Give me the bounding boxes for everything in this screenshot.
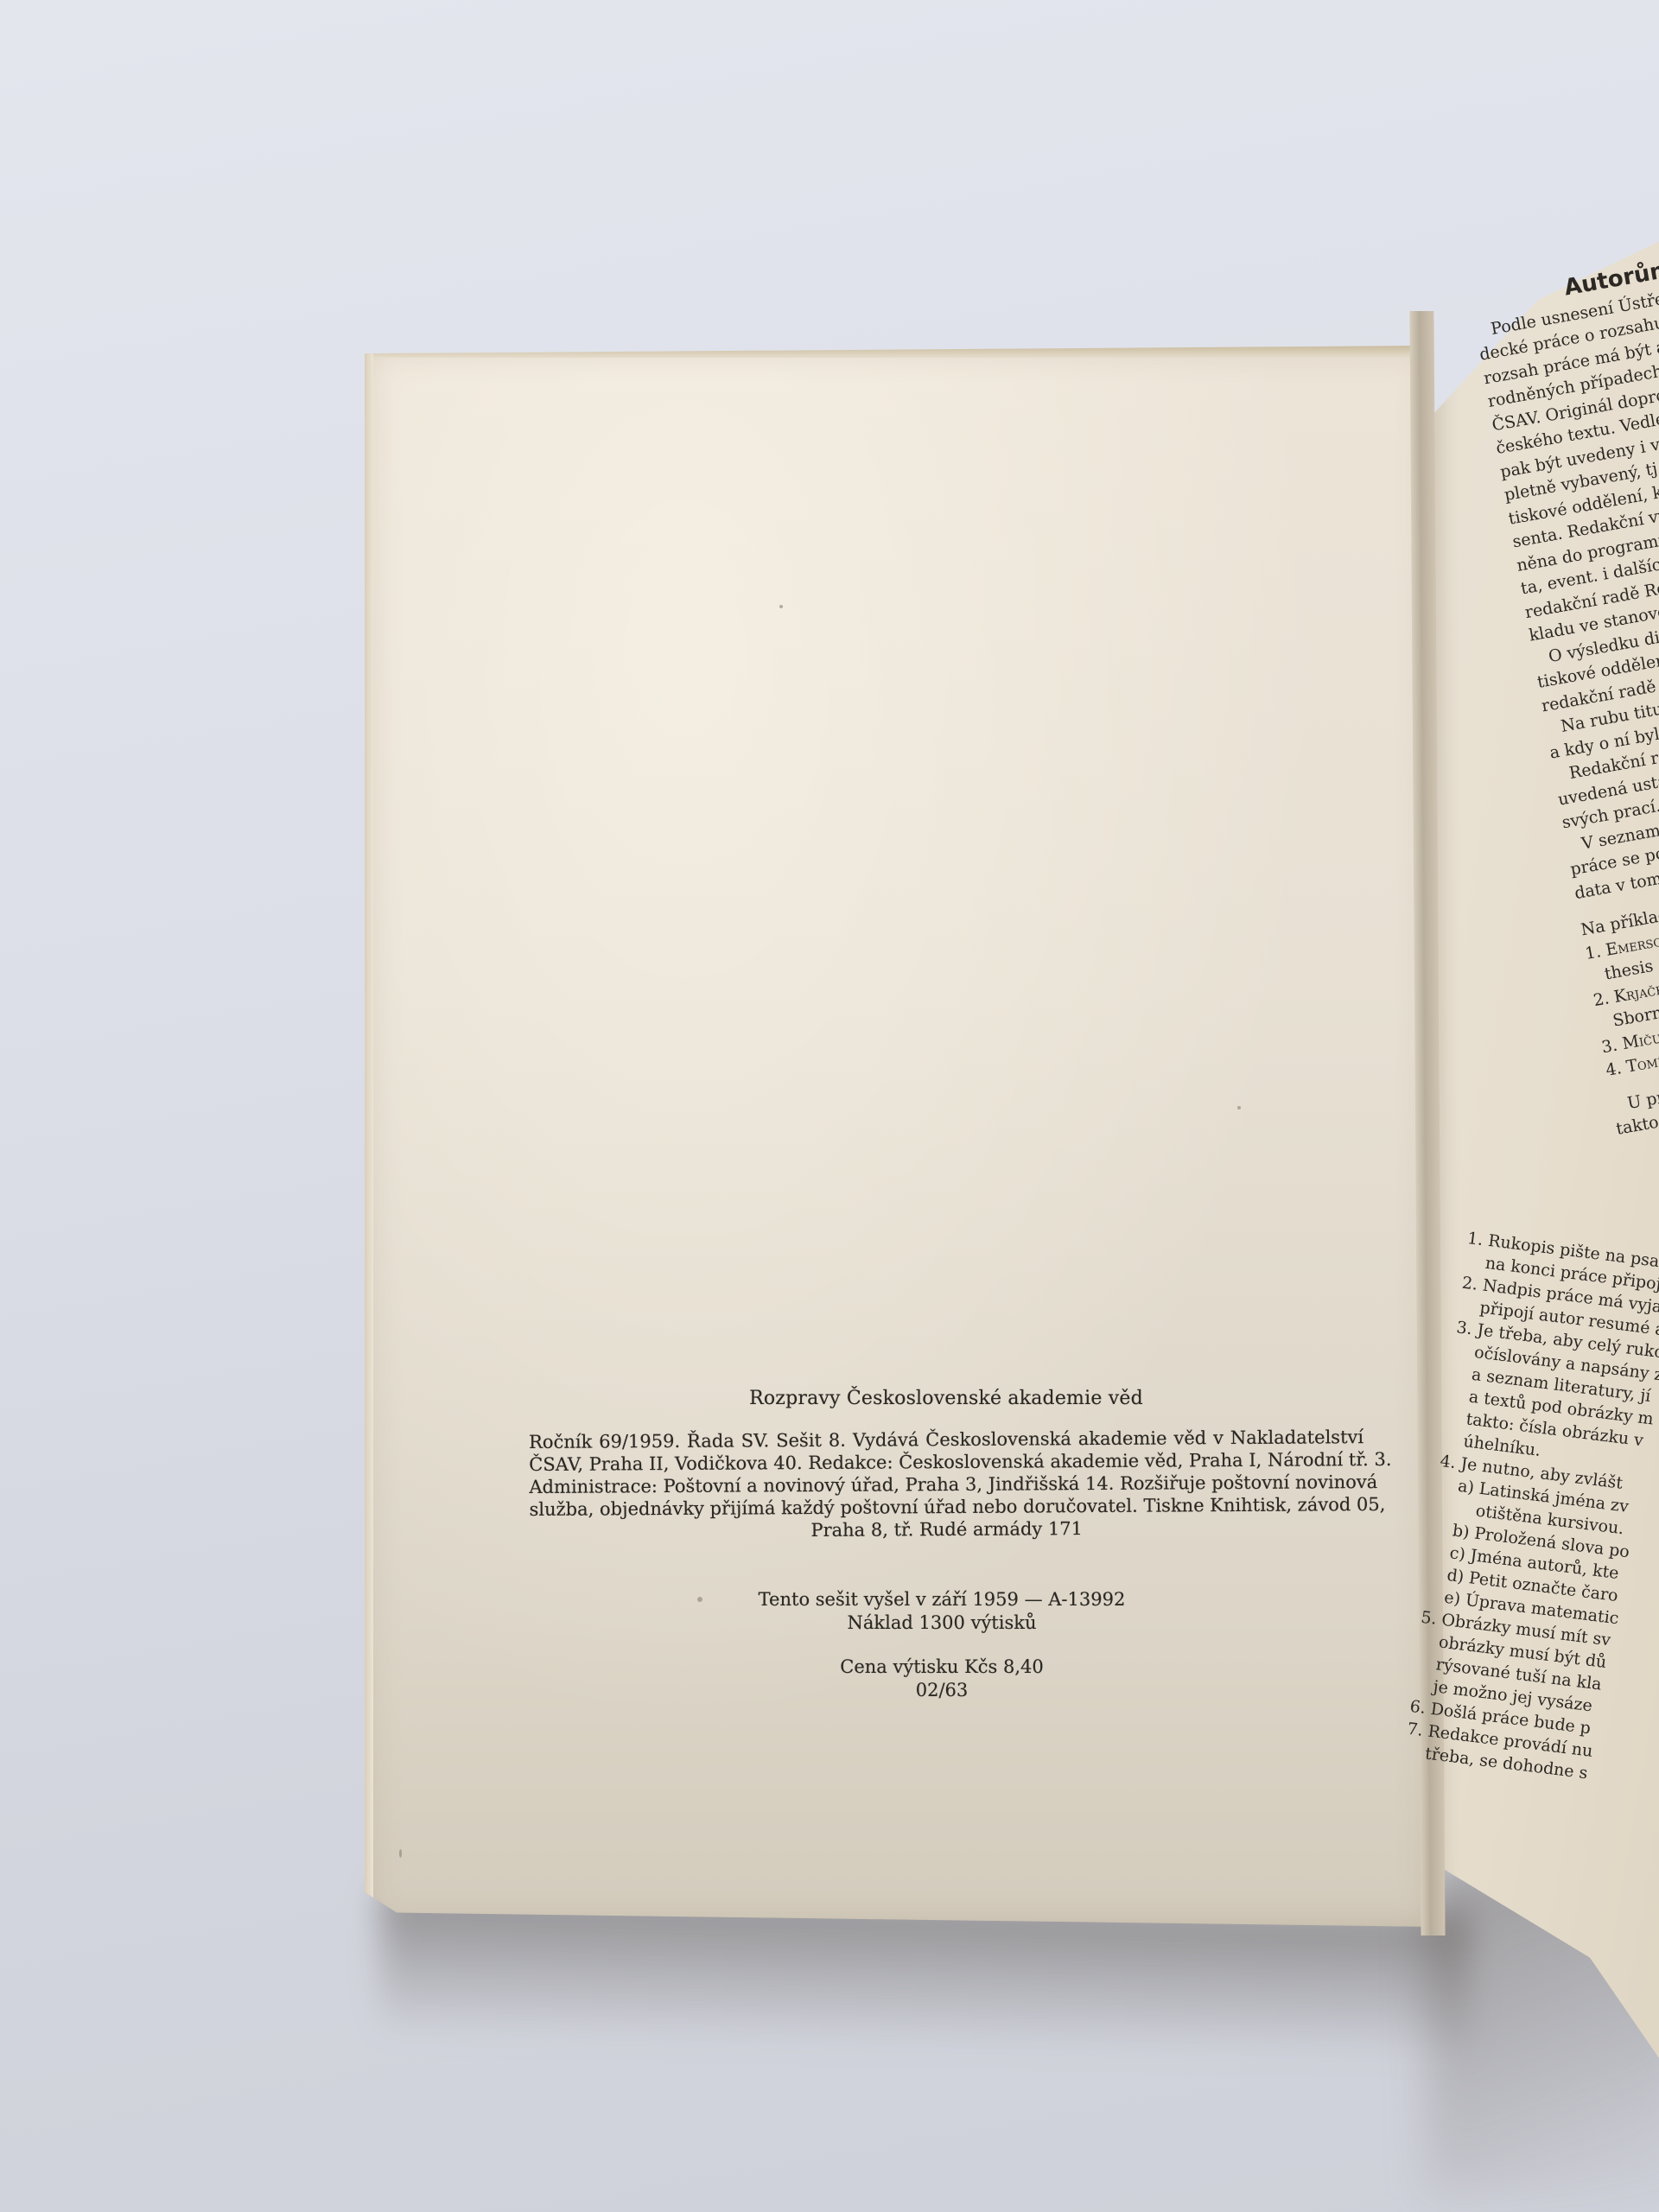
paper-speck [1237,1106,1241,1109]
price: Cena výtisku Kčs 8,40 [709,1656,1175,1679]
journal-title: Rozpravy Československé akademie věd [529,1388,1363,1409]
print-run: Náklad 1300 výtisků [709,1611,1175,1635]
page-top-edge [365,346,1433,358]
issue-line: Tento sešit vyšel v září 1959 — A-13992 [709,1588,1175,1611]
imprint-block: Ročník 69/1959. Řada SV. Sešit 8. Vydává… [529,1426,1364,1543]
catalog-code: 02/63 [709,1679,1175,1702]
reference-number: 4. [1605,1058,1624,1080]
paper-speck [399,1849,402,1858]
reference-number: 1. [1584,942,1603,963]
paper-speck [779,605,783,608]
paper-speck [697,1597,702,1602]
issue-info: Tento sešit vyšel v září 1959 — A-13992 … [709,1588,1175,1702]
page-left-edge [365,346,373,1927]
reference-number: 3. [1600,1035,1619,1057]
reference-number: 2. [1592,988,1611,1010]
